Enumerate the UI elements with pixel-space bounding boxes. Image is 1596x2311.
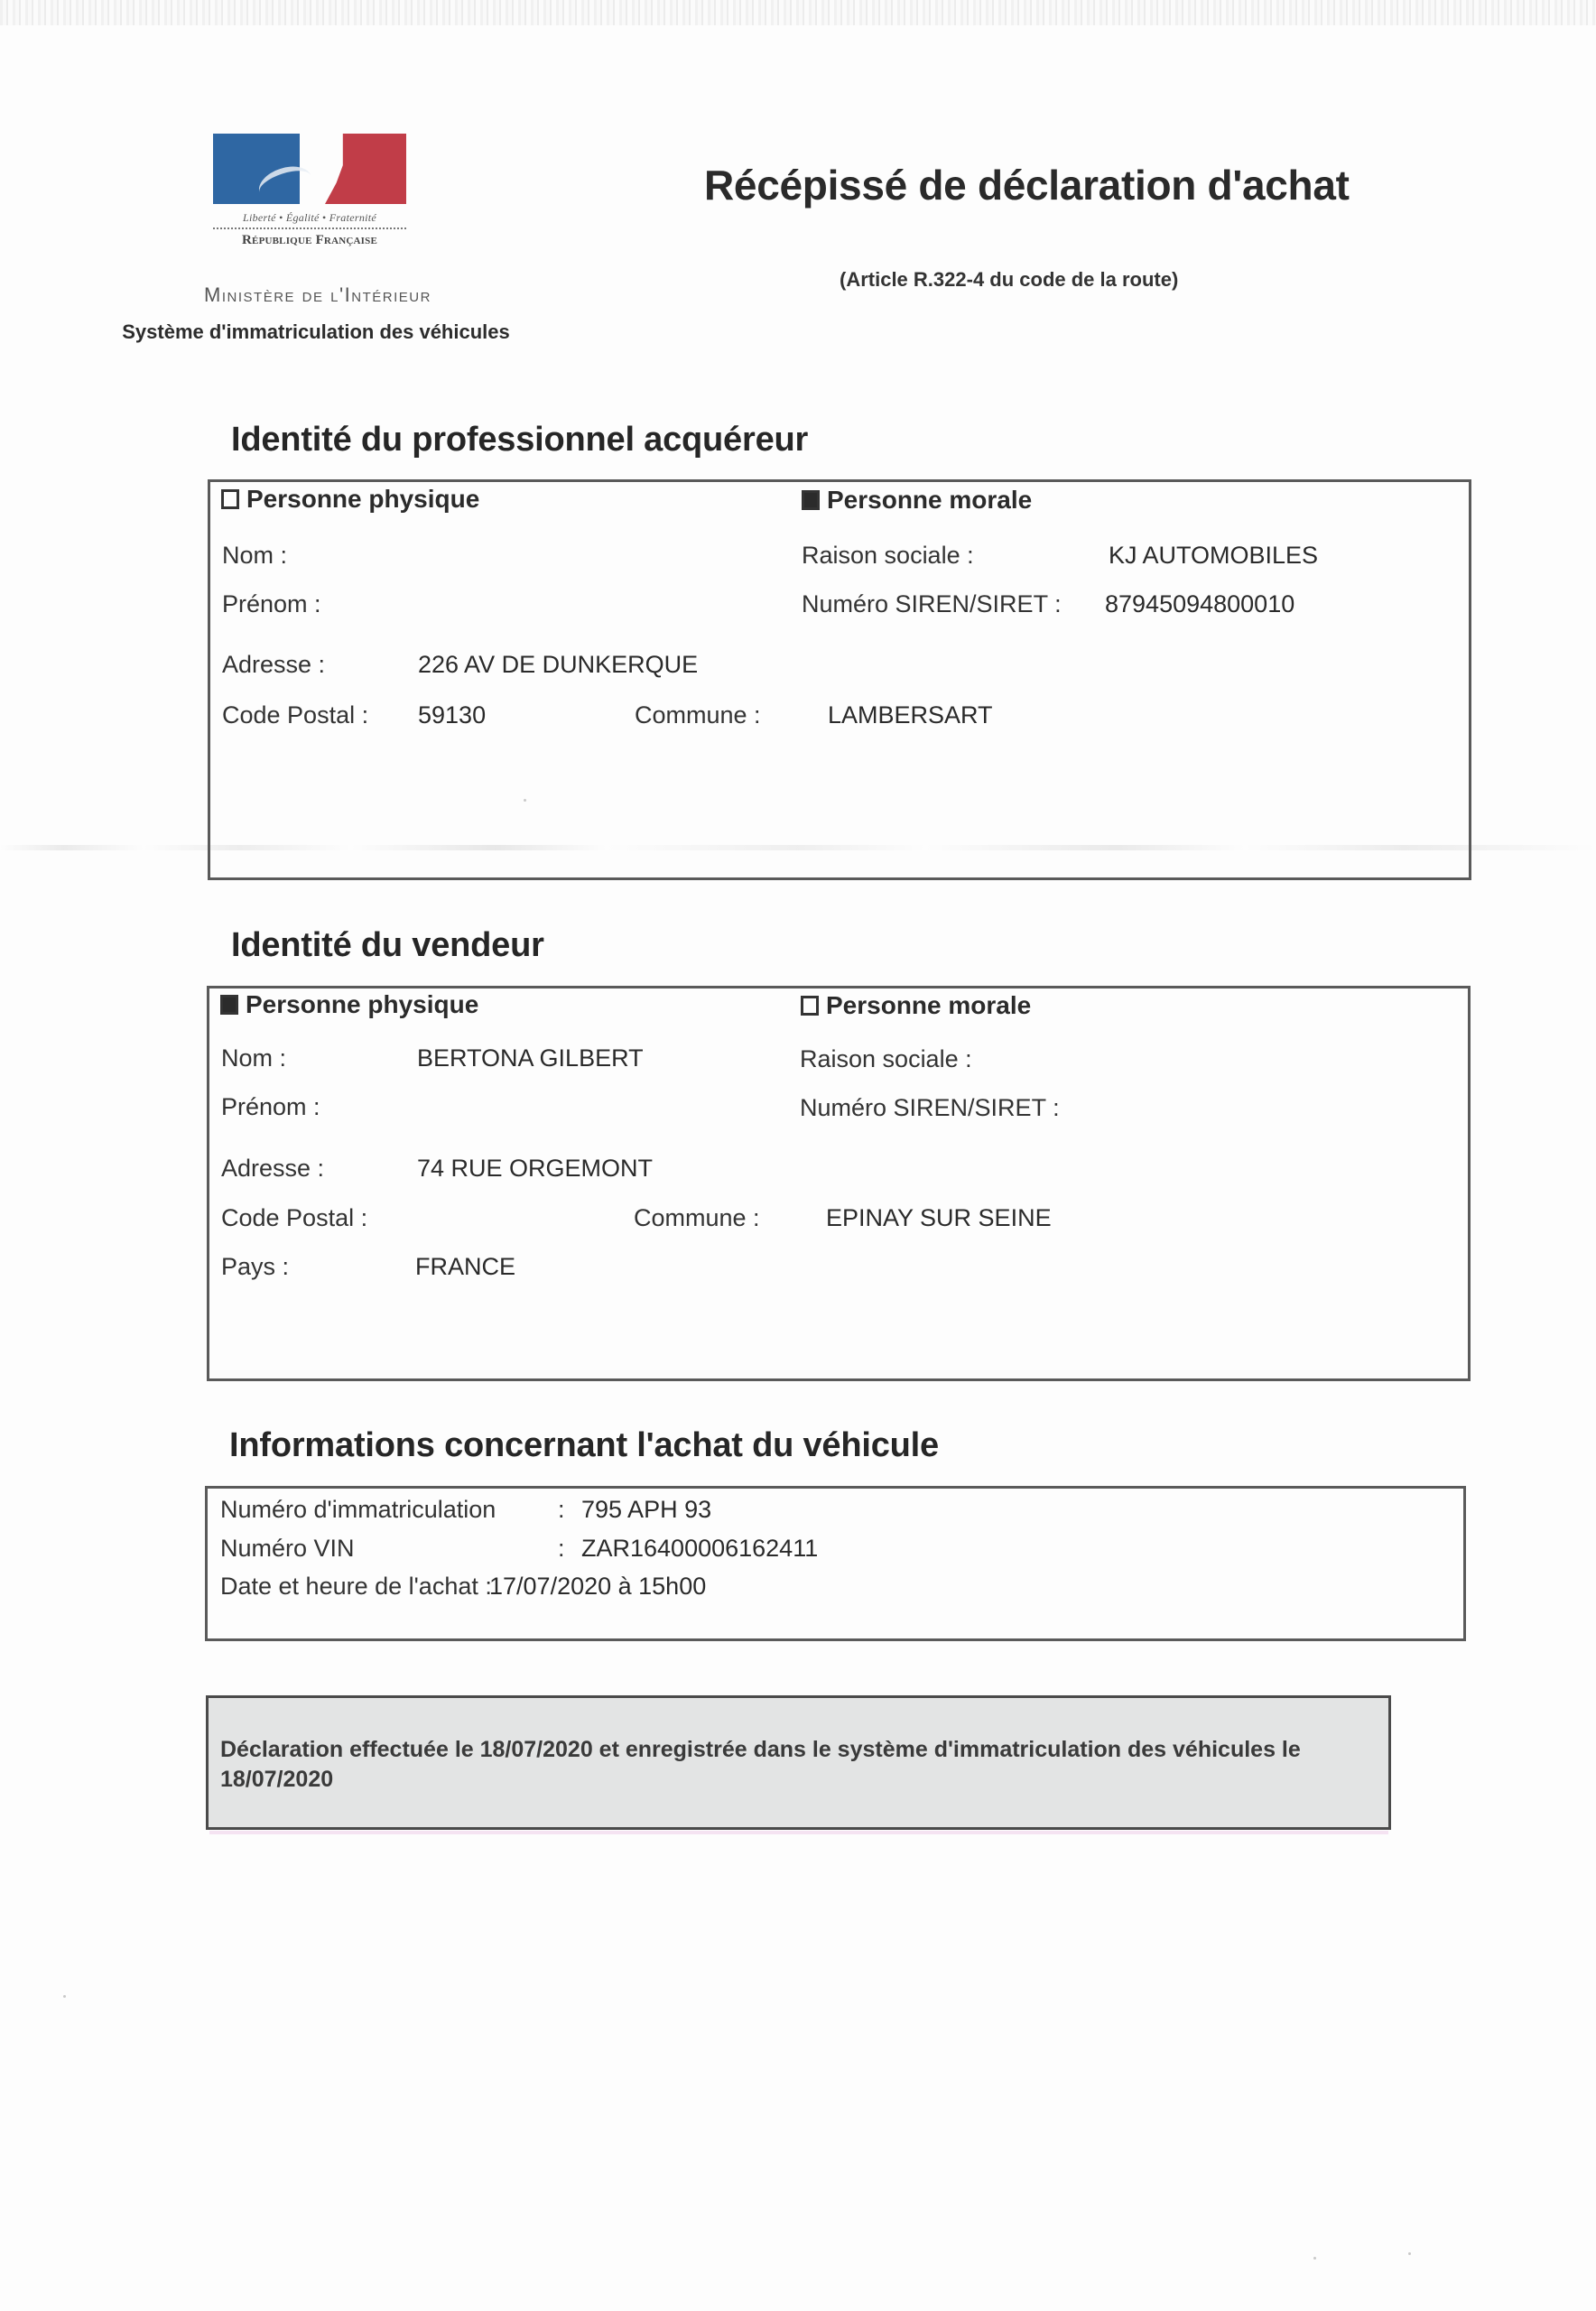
acquirer-commune-value: LAMBERSART: [828, 701, 993, 729]
scan-speck: [524, 799, 526, 802]
acquirer-raison-sociale-label: Raison sociale :: [802, 542, 974, 570]
seller-adresse-value: 74 RUE ORGEMONT: [417, 1155, 653, 1183]
acquirer-legal-person-option: Personne morale: [802, 486, 1032, 515]
acquirer-adresse-value: 226 AV DE DUNKERQUE: [418, 651, 698, 679]
scan-speck: [63, 1995, 66, 1998]
seller-raison-sociale-label: Raison sociale :: [800, 1045, 972, 1073]
declaration-notice-text: Déclaration effectuée le 18/07/2020 et e…: [220, 1735, 1340, 1795]
acquirer-raison-sociale-value: KJ AUTOMOBILES: [1109, 542, 1318, 570]
flag-red-block: [325, 134, 406, 204]
marianne-tricolor-logo-icon: [213, 134, 406, 204]
seller-pays-label: Pays :: [221, 1253, 289, 1281]
acquirer-code-postal-value: 59130: [418, 701, 486, 729]
scan-speck: [1313, 2257, 1316, 2260]
checkbox-empty-icon: [221, 489, 239, 509]
acquirer-section-heading: Identité du professionnel acquéreur: [231, 421, 808, 459]
system-name: Système d'immatriculation des véhicules: [90, 320, 542, 344]
ministry-name: Ministère de l'Intérieur: [101, 283, 534, 307]
republic-name: République Française: [213, 233, 406, 248]
acquirer-commune-label: Commune :: [635, 701, 761, 729]
page-title: Récépissé de déclaration d'achat: [704, 161, 1350, 209]
vin-colon: :: [558, 1535, 565, 1563]
immatriculation-label: Numéro d'immatriculation: [220, 1496, 496, 1524]
purchase-date-value: 17/07/2020 à 15h00: [489, 1573, 706, 1601]
seller-nom-value: BERTONA GILBERT: [417, 1044, 644, 1072]
seller-commune-value: EPINAY SUR SEINE: [826, 1204, 1052, 1232]
seller-section-heading: Identité du vendeur: [231, 926, 544, 965]
immatriculation-value: 795 APH 93: [581, 1496, 711, 1524]
vehicle-section-heading: Informations concernant l'achat du véhic…: [229, 1426, 939, 1465]
acquirer-box: [208, 479, 1471, 880]
seller-physical-person-option: Personne physique: [220, 990, 478, 1019]
scan-speck: [1408, 2252, 1411, 2255]
seller-nom-label: Nom :: [221, 1044, 286, 1072]
seller-legal-person-option: Personne morale: [801, 991, 1031, 1020]
immatriculation-colon: :: [558, 1496, 565, 1524]
checkbox-empty-icon: [801, 996, 819, 1016]
seller-adresse-label: Adresse :: [221, 1155, 324, 1183]
vin-value: ZAR16400006162411: [581, 1535, 818, 1563]
acquirer-adresse-label: Adresse :: [222, 651, 325, 679]
seller-pays-value: FRANCE: [415, 1253, 515, 1281]
seller-prenom-label: Prénom :: [221, 1093, 320, 1121]
acquirer-prenom-label: Prénom :: [222, 590, 321, 618]
republic-motto: Liberté • Égalité • Fraternité: [213, 211, 406, 225]
checkbox-filled-icon: [220, 995, 238, 1015]
legal-reference: (Article R.322-4 du code de la route): [840, 268, 1178, 292]
acquirer-siren-value: 87945094800010: [1105, 590, 1294, 618]
acquirer-code-postal-label: Code Postal :: [222, 701, 368, 729]
acquirer-physical-person-option: Personne physique: [221, 485, 479, 514]
purchase-date-label: Date et heure de l'achat :: [220, 1573, 492, 1601]
motto-divider: [213, 227, 406, 229]
vin-label: Numéro VIN: [220, 1535, 355, 1563]
seller-commune-label: Commune :: [634, 1204, 760, 1232]
checkbox-filled-icon: [802, 490, 820, 510]
acquirer-nom-label: Nom :: [222, 542, 287, 570]
seller-code-postal-label: Code Postal :: [221, 1204, 367, 1232]
acquirer-siren-label: Numéro SIREN/SIRET :: [802, 590, 1062, 618]
scan-artifact-pink: [209, 1831, 1388, 1834]
seller-siren-label: Numéro SIREN/SIRET :: [800, 1094, 1060, 1122]
scan-artifact-top: [0, 0, 1596, 25]
